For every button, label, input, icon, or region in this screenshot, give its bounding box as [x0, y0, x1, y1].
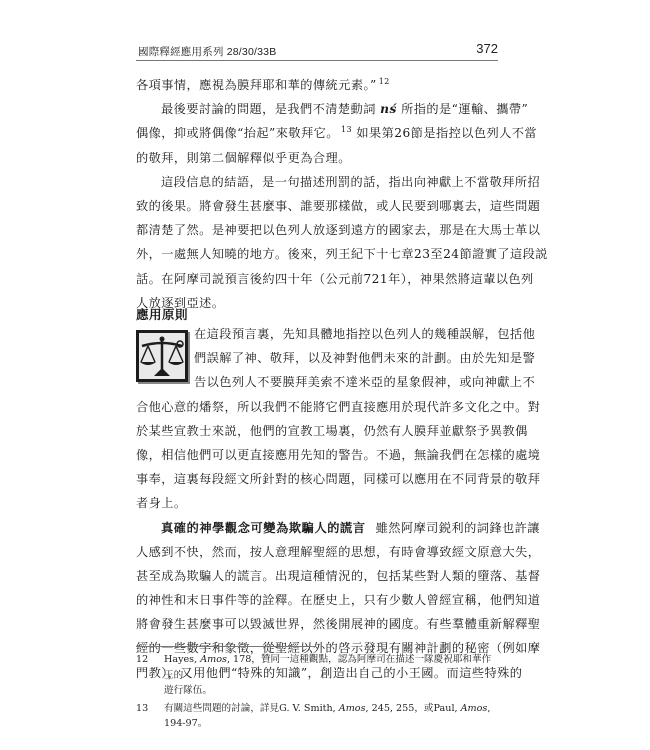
footnote-12: 12 Hayes, Amos, 178，贊同一這種觀點，認為阿摩司在描述一隊慶祝… — [136, 652, 498, 699]
footnote-ref-12[interactable]: 12 — [379, 77, 390, 86]
run-in-subheading: 真確的神學觀念可變為欺騙人的謊言 — [161, 521, 366, 535]
body-text: 各項事情，應視為膜拜耶和華的傳統元素。”12 最後要討論的問題，是我們不清楚動詞… — [136, 73, 498, 315]
body-line: 各項事情，應視為膜拜耶和華的傳統元素。”12 — [136, 73, 498, 97]
body-line: 告以色列人不要膜拜美索不達米亞的星象假神，或向神獻上不 — [136, 370, 498, 394]
body-line: 合他心意的燔祭，所以我們不能將它們直接應用於現代許多文化之中。對 — [136, 395, 498, 419]
footnotes: 12 Hayes, Amos, 178，贊同一這種觀點，認為阿摩司在描述一隊慶祝… — [136, 652, 498, 734]
body-line: 們誤解了神、敬拜，以及神對他們未來的計劃。由於先知是警 — [136, 346, 498, 370]
body-line: 將會發生甚麼事可以毀滅世界，然後開展神的國度。有些羣體重新解釋聖 — [136, 612, 498, 636]
body-line: 的敬拜，則第二個解釋似乎更為合理。 — [136, 146, 498, 170]
application-section-text: 在這段預言裏，先知具體地指控以色列人的幾種誤解，包括他 們誤解了神、敬拜，以及神… — [136, 322, 498, 685]
footnote-ref-13[interactable]: 13 — [341, 125, 352, 134]
transliteration: nś — [380, 102, 397, 116]
body-line: 都清楚了然。是神要把以色列人放逐到遠方的國家去，那是在大馬士革以 — [136, 218, 498, 242]
body-line: 於某些宣教士來説，他們的宣教工場裏，仍然有人膜拜並獻祭予異教偶 — [136, 419, 498, 443]
body-line: 這段信息的結語，是一句描述刑罰的話，指出向神獻上不當敬拜所招 — [136, 170, 498, 194]
section-heading: 應用原則 — [136, 305, 188, 323]
body-line: 的神性和末日事件等的詮釋。在歷史上，只有少數人曾經宣稱，他們知道 — [136, 588, 498, 612]
running-head: 國際釋經應用系列 28/30/33B 372 — [136, 40, 498, 61]
body-line: 人感到不快，然而，按人意理解聖經的思想，有時會導致經文原意大失， — [136, 540, 498, 564]
body-line: 話。在阿摩司説預言後約四十年（公元前721年），神果然將這輩以色列 — [136, 267, 498, 291]
page-number: 372 — [476, 41, 498, 56]
footnote-number: 13 — [136, 701, 148, 717]
footnote-divider — [136, 646, 316, 647]
footnote-number: 12 — [136, 652, 148, 668]
series-title: 國際釋經應用系列 28/30/33B — [138, 44, 276, 59]
body-line: 在這段預言裏，先知具體地指控以色列人的幾種誤解，包括他 — [136, 322, 498, 346]
body-line: 致的後果。將會發生甚麼事、誰要那樣做，或人民要到哪裏去，這些問題 — [136, 194, 498, 218]
body-line: 人放逐到亞述。 — [136, 291, 498, 315]
body-line: 偶像，抑或將偶像“抬起”來敬拜它。13 如果第26節是指控以色列人不當 — [136, 121, 498, 145]
body-line: 最後要討論的問題，是我們不清楚動詞 nś 所指的是“運輸、攜帶” — [136, 97, 498, 121]
body-line: 真確的神學觀念可變為欺騙人的謊言雖然阿摩司鋭利的詞鋒也許讓 — [136, 516, 498, 540]
footnote-13: 13 有關這些問題的討論，詳見G. V. Smith, Amos, 245, 2… — [136, 701, 498, 732]
body-line: 甚至成為欺騙人的謊言。出現這種情況的，包括某些對人類的墮落、基督 — [136, 564, 498, 588]
body-line: 外，一處無人知曉的地方。後來，列王紀下十七章23至24節證實了這段説 — [136, 242, 498, 266]
body-line: 事奉，這裏每段經文所針對的核心問題，同樣可以應用在不同背景的敬拜 — [136, 467, 498, 491]
body-line: 像，相信他們可以更直接應用先知的警告。不過，無論我們在怎樣的處境 — [136, 443, 498, 467]
body-line: 者身上。 — [136, 491, 498, 515]
